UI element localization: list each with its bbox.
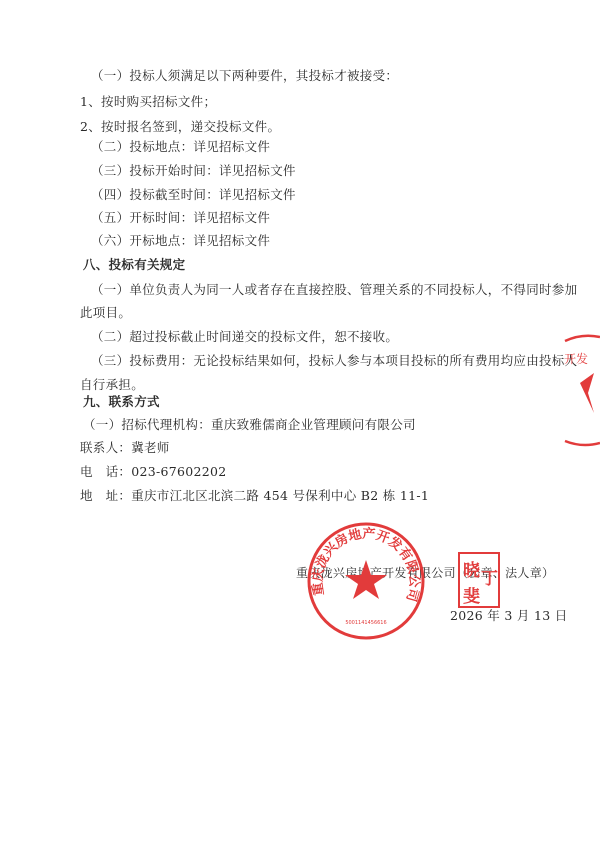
rule-1-line2: 此项目。 bbox=[80, 305, 131, 321]
phone-value: 023-67602202 bbox=[131, 464, 226, 479]
address-line: 地 址：重庆市江北区北滨二路 454 号保利中心 B2 栋 11-1 bbox=[80, 488, 429, 504]
legal-rep-seal-icon: 晓 丁 斐 bbox=[458, 552, 500, 608]
rule-3-line1: （三）投标费用：无论投标结果如何，投标人参与本项目投标的所有费用均应由投标人 bbox=[91, 353, 577, 369]
agency-line: （一）招标代理机构：重庆致雅儒商企业管理顾问有限公司 bbox=[83, 417, 416, 433]
opening-location: （六）开标地点：详见招标文件 bbox=[91, 233, 270, 249]
rule-3-line2: 自行承担。 bbox=[80, 377, 144, 393]
rule-1-line1: （一）单位负责人为同一人或者存在直接控股、管理关系的不同投标人，不得同时参加 bbox=[91, 282, 577, 298]
bid-start-time: （三）投标开始时间：详见招标文件 bbox=[91, 163, 296, 179]
company-seal-icon: 重庆泷兴房地产开发有限公司 5001141456616 bbox=[305, 520, 427, 642]
phone-line: 电 话：023-67602202 bbox=[80, 464, 227, 480]
seal-char-2: 丁 bbox=[481, 564, 498, 589]
seal-char-3: 斐 bbox=[463, 582, 480, 607]
section-8-heading: 八、投标有关规定 bbox=[83, 257, 185, 273]
opening-time: （五）开标时间：详见招标文件 bbox=[91, 210, 270, 226]
partial-seal-icon: 开发 bbox=[560, 333, 600, 448]
rule-2: （二）超过投标截止时间递交的投标文件，恕不接收。 bbox=[91, 329, 398, 345]
svg-text:开发: 开发 bbox=[564, 351, 588, 366]
requirement-intro: （一）投标人须满足以下两种要件，其投标才被接受： bbox=[91, 68, 398, 84]
bid-location: （二）投标地点：详见招标文件 bbox=[91, 139, 270, 155]
bid-deadline: （四）投标截至时间：详见招标文件 bbox=[91, 187, 296, 203]
section-9-heading: 九、联系方式 bbox=[83, 394, 160, 410]
seal-char-1: 晓 bbox=[463, 556, 480, 581]
address-label: 地 址： bbox=[80, 488, 131, 503]
contact-person: 联系人：冀老师 bbox=[80, 440, 170, 456]
address-value: 重庆市江北区北滨二路 454 号保利中心 B2 栋 11-1 bbox=[131, 488, 429, 503]
svg-text:5001141456616: 5001141456616 bbox=[345, 620, 386, 626]
signature-date: 2026 年 3 月 13 日 bbox=[450, 608, 568, 624]
phone-label: 电 话： bbox=[80, 464, 131, 479]
requirement-1: 1、按时购买招标文件； bbox=[80, 94, 216, 110]
requirement-2: 2、按时报名签到，递交投标文件。 bbox=[80, 119, 280, 135]
